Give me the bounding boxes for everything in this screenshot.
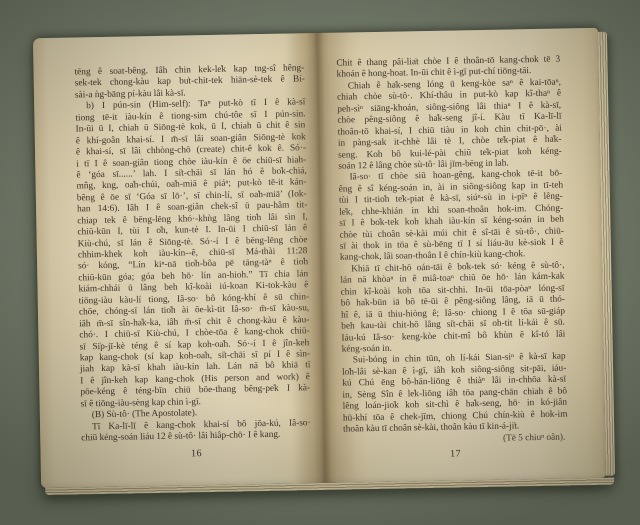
open-book: tēng ê soat-bêng. Iâh chin kek-le̍k kap … bbox=[33, 28, 606, 488]
left-page-text-column: tēng ê soat-bêng. Iâh chin kek-le̍k kap … bbox=[74, 63, 311, 445]
photo-background: { "scene": { "background_color": "#70786… bbox=[0, 0, 640, 525]
right-page-text-column: Chit ê thang pâi-lia̍t chòe I ê thoân-tō… bbox=[336, 55, 567, 436]
